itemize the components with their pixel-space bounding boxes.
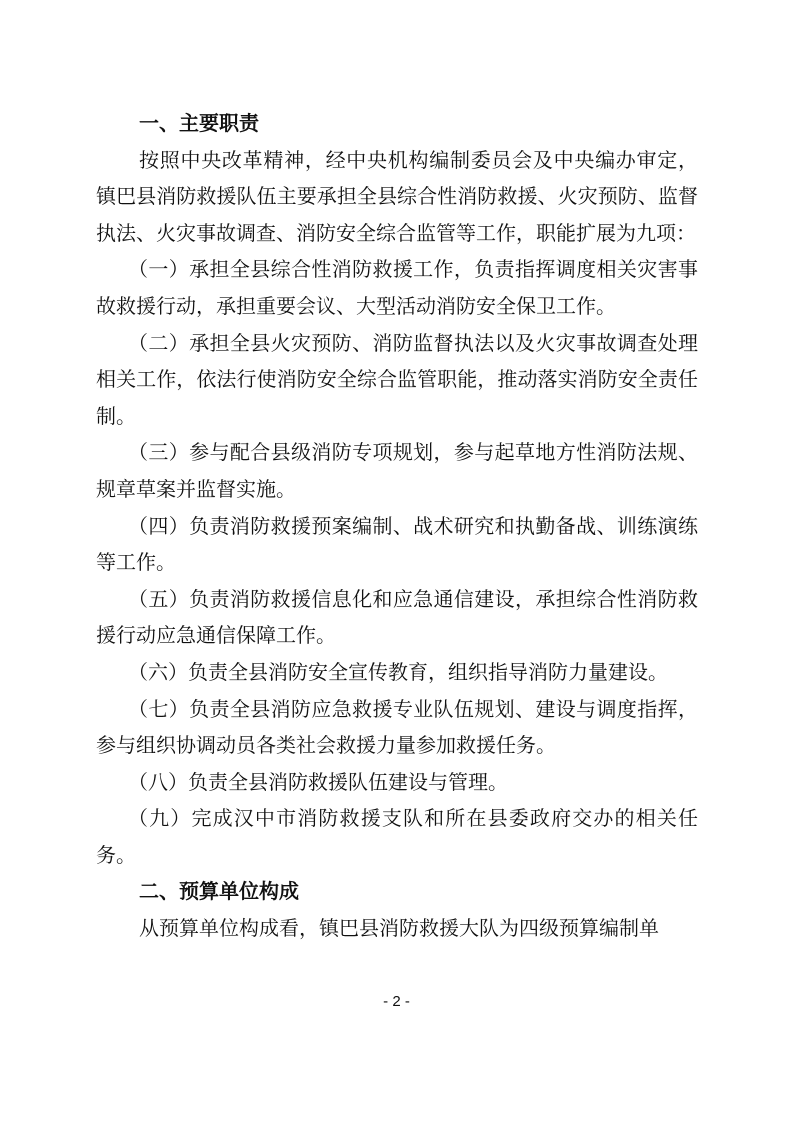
duty-item-8: （八）负责全县消防救援队伍建设与管理。 (96, 764, 698, 801)
duty-item-9: （九）完成汉中市消防救援支队和所在县委政府交办的相关任务。 (96, 800, 698, 873)
duty-item-7: （七）负责全县消防应急救援专业队伍规划、建设与调度指挥，参与组织协调动员各类社会… (96, 691, 698, 764)
duty-item-3: （三）参与配合县级消防专项规划，参与起草地方性消防法规、规章草案并监督实施。 (96, 434, 698, 507)
duty-item-1: （一）承担全县综合性消防救援工作，负责指挥调度相关灾害事故救援行动，承担重要会议… (96, 251, 698, 324)
section-heading-budget-units: 二、预算单位构成 (96, 873, 698, 910)
duty-item-2: （二）承担全县火灾预防、消防监督执法以及火灾事故调查处理相关工作，依法行使消防安… (96, 325, 698, 435)
page-number: - 2 - (0, 993, 793, 1010)
section-heading-duties: 一、主要职责 (96, 105, 698, 142)
duty-item-6: （六）负责全县消防安全宣传教育，组织指导消防力量建设。 (96, 654, 698, 691)
duty-item-4: （四）负责消防救援预案编制、战术研究和执勤备战、训练演练等工作。 (96, 508, 698, 581)
document-page: 一、主要职责 按照中央改革精神，经中央机构编制委员会及中央编办审定，镇巴县消防救… (96, 105, 698, 947)
duty-item-5: （五）负责消防救援信息化和应急通信建设，承担综合性消防救援行动应急通信保障工作。 (96, 581, 698, 654)
budget-units-paragraph: 从预算单位构成看，镇巴县消防救援大队为四级预算编制单 (96, 910, 698, 947)
duties-intro-paragraph: 按照中央改革精神，经中央机构编制委员会及中央编办审定，镇巴县消防救援队伍主要承担… (96, 142, 698, 252)
